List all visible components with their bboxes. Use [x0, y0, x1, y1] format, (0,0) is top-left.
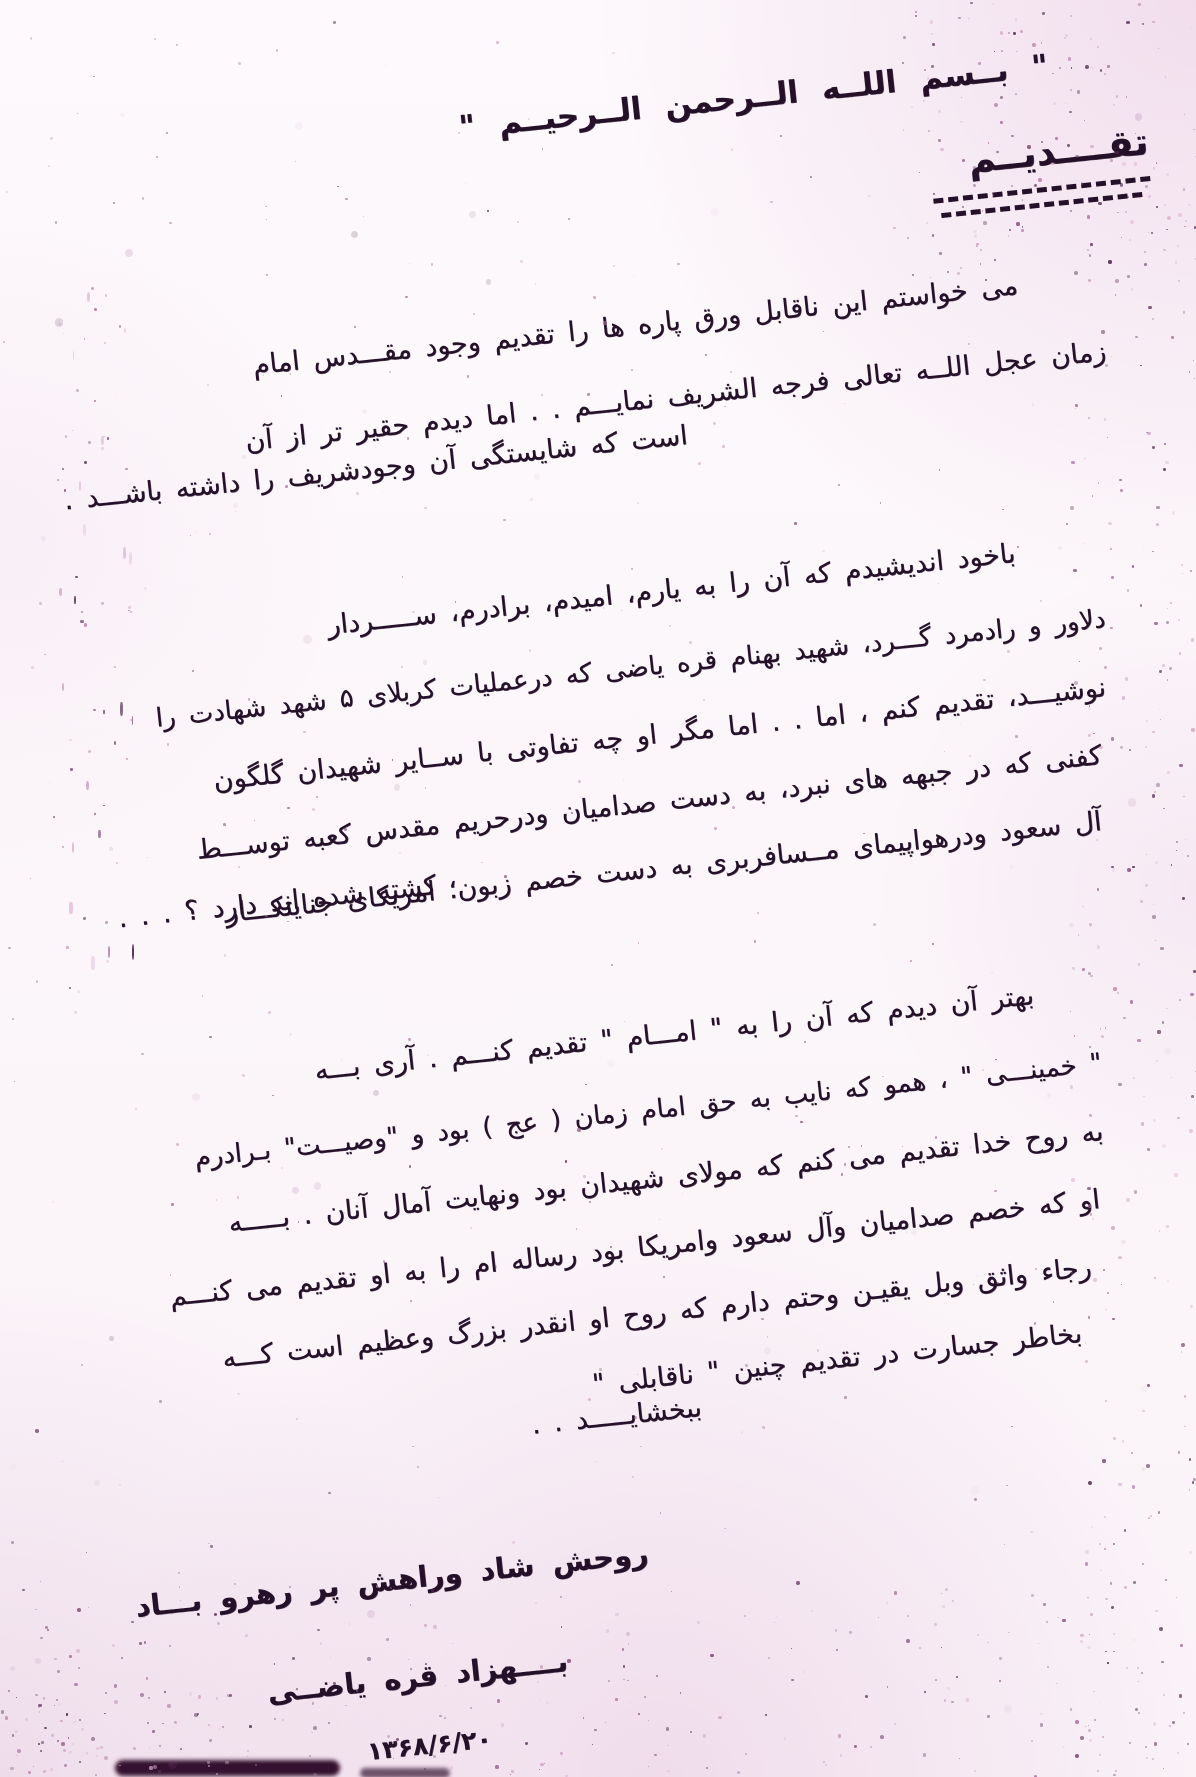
- noise-speckle: [1097, 46, 1099, 48]
- noise-speckle: [103, 710, 105, 714]
- noise-speckle: [1155, 1610, 1158, 1613]
- noise-speckle: [854, 1745, 857, 1748]
- noise-speckle: [303, 731, 305, 733]
- noise-speckle: [654, 1754, 656, 1756]
- noise-speckle: [104, 342, 106, 344]
- noise-speckle: [1021, 229, 1024, 232]
- noise-speckle: [247, 1756, 248, 1757]
- noise-speckle: [328, 1722, 330, 1724]
- noise-speckle: [710, 1654, 714, 1658]
- noise-speckle: [1193, 1478, 1196, 1481]
- noise-speckle: [713, 422, 716, 425]
- noise-speckle: [1156, 523, 1159, 526]
- noise-speckle: [1071, 1178, 1075, 1182]
- noise-speckle: [1010, 865, 1013, 868]
- noise-speckle: [1126, 21, 1130, 25]
- handwritten-line: بخاطر جسارت در تقدیم چنین " ناقابلی ": [590, 1318, 1083, 1400]
- noise-speckle: [209, 1036, 211, 1038]
- noise-speckle: [35, 1694, 37, 1696]
- noise-speckle: [1031, 1740, 1033, 1742]
- noise-speckle: [1112, 868, 1116, 872]
- noise-speckle: [130, 719, 132, 721]
- noise-speckle: [784, 1737, 786, 1739]
- noise-speckle: [74, 1011, 77, 1014]
- noise-speckle: [495, 1765, 499, 1769]
- noise-speckle: [408, 1038, 411, 1041]
- noise-speckle: [544, 1763, 545, 1764]
- noise-speckle: [1163, 808, 1164, 809]
- noise-speckle: [631, 369, 633, 371]
- noise-speckle: [803, 1671, 805, 1673]
- noise-speckle: [1183, 188, 1185, 190]
- noise-speckle: [1042, 12, 1045, 15]
- noise-speckle: [192, 670, 194, 672]
- noise-speckle: [894, 1591, 898, 1595]
- noise-speckle: [399, 852, 401, 854]
- noise-speckle: [74, 596, 76, 604]
- noise-speckle: [780, 135, 782, 137]
- noise-speckle: [1135, 1708, 1138, 1711]
- noise-speckle: [1077, 90, 1080, 93]
- noise-speckle: [33, 1766, 34, 1767]
- noise-speckle: [425, 787, 426, 788]
- noise-speckle: [1148, 232, 1149, 233]
- noise-speckle: [30, 37, 32, 39]
- noise-speckle: [1007, 650, 1010, 653]
- noise-speckle: [1141, 1672, 1143, 1674]
- noise-speckle: [1053, 102, 1056, 105]
- noise-speckle: [328, 1492, 331, 1495]
- noise-speckle: [911, 106, 913, 108]
- noise-speckle: [1164, 443, 1166, 445]
- noise-speckle: [1166, 1008, 1168, 1010]
- noise-speckle: [1070, 506, 1074, 510]
- noise-speckle: [931, 33, 933, 35]
- noise-speckle: [1013, 32, 1016, 35]
- noise-speckle: [1164, 1048, 1172, 1056]
- noise-speckle: [409, 1165, 411, 1167]
- noise-speckle: [1100, 1028, 1102, 1030]
- noise-speckle: [594, 1729, 596, 1731]
- noise-speckle: [644, 1696, 646, 1698]
- noise-speckle: [762, 1426, 765, 1429]
- noise-speckle: [60, 1720, 63, 1723]
- noise-speckle: [938, 583, 939, 584]
- noise-speckle: [10, 1463, 17, 1470]
- noise-speckle: [41, 1741, 44, 1744]
- noise-speckle: [1143, 549, 1144, 550]
- noise-speckle: [987, 1642, 988, 1643]
- noise-speckle: [1038, 1643, 1039, 1644]
- noise-speckle: [1142, 1410, 1144, 1412]
- noise-speckle: [1182, 573, 1183, 574]
- noise-speckle: [105, 921, 108, 924]
- noise-speckle: [154, 38, 156, 40]
- noise-speckle: [977, 1634, 979, 1636]
- noise-speckle: [12, 1734, 14, 1736]
- noise-speckle: [6, 191, 8, 193]
- noise-speckle: [467, 375, 469, 377]
- noise-speckle: [667, 1770, 670, 1773]
- noise-speckle: [623, 779, 624, 780]
- noise-speckle: [51, 1734, 54, 1737]
- noise-speckle: [1179, 1694, 1182, 1697]
- noise-speckle: [1137, 1039, 1140, 1042]
- noise-speckle: [313, 1726, 317, 1730]
- noise-speckle: [382, 492, 383, 493]
- noise-speckle: [1153, 904, 1154, 905]
- noise-speckle: [932, 943, 934, 945]
- noise-speckle: [450, 1766, 454, 1770]
- noise-speckle: [296, 1418, 298, 1420]
- noise-speckle: [976, 245, 978, 247]
- noise-speckle: [1174, 1173, 1177, 1176]
- noise-speckle: [149, 1748, 150, 1749]
- noise-speckle: [1069, 111, 1071, 113]
- noise-speckle: [1072, 967, 1074, 969]
- noise-speckle: [1189, 1458, 1191, 1460]
- noise-speckle: [1184, 1426, 1186, 1428]
- noise-speckle: [1015, 93, 1017, 95]
- noise-speckle: [1158, 1511, 1160, 1513]
- noise-speckle: [1162, 664, 1165, 667]
- noise-speckle: [912, 274, 913, 275]
- noise-speckle: [607, 1059, 615, 1067]
- noise-speckle: [31, 666, 34, 669]
- noise-speckle: [282, 1719, 284, 1721]
- noise-speckle: [1120, 746, 1123, 749]
- noise-speckle: [1166, 173, 1169, 176]
- noise-speckle: [147, 1722, 149, 1724]
- noise-speckle: [292, 1187, 299, 1194]
- noise-speckle: [100, 1746, 103, 1749]
- noise-speckle: [3, 341, 5, 343]
- noise-speckle: [245, 1634, 248, 1637]
- noise-speckle: [65, 435, 68, 438]
- noise-speckle: [791, 1679, 793, 1681]
- noise-speckle: [1188, 204, 1191, 207]
- noise-speckle: [512, 1541, 515, 1544]
- noise-speckle: [928, 130, 930, 132]
- noise-speckle: [274, 1718, 276, 1720]
- noise-speckle: [159, 1745, 161, 1747]
- noise-speckle: [844, 1396, 847, 1399]
- noise-speckle: [1134, 1190, 1137, 1193]
- noise-speckle: [1070, 15, 1071, 16]
- noise-speckle: [104, 1756, 108, 1760]
- noise-speckle: [923, 1693, 924, 1694]
- noise-speckle: [230, 1756, 232, 1758]
- noise-speckle: [61, 1742, 65, 1746]
- noise-speckle: [120, 702, 122, 716]
- noise-speckle: [1187, 1743, 1189, 1745]
- noise-speckle: [1040, 1713, 1042, 1715]
- noise-speckle: [825, 1764, 827, 1766]
- noise-speckle: [1165, 1579, 1167, 1581]
- noise-speckle: [1154, 622, 1157, 625]
- noise-speckle: [1148, 1517, 1150, 1519]
- noise-speckle: [1125, 211, 1126, 212]
- noise-speckle: [1153, 1722, 1156, 1725]
- noise-speckle: [1181, 564, 1182, 565]
- closing-benediction: روحش شاد وراهش پر رهرو بـــاد: [133, 1536, 649, 1624]
- noise-speckle: [12, 1018, 14, 1020]
- noise-speckle: [1159, 1230, 1160, 1231]
- noise-speckle: [106, 960, 108, 962]
- noise-speckle: [623, 1679, 624, 1680]
- noise-speckle: [870, 1746, 872, 1748]
- noise-speckle: [1099, 1543, 1101, 1545]
- noise-speckle: [81, 1364, 83, 1366]
- noise-speckle: [1101, 330, 1104, 333]
- noise-speckle: [924, 1691, 926, 1693]
- noise-speckle: [57, 1670, 60, 1673]
- noise-speckle: [123, 547, 126, 559]
- noise-speckle: [951, 1701, 954, 1704]
- noise-speckle: [1190, 1305, 1193, 1308]
- noise-speckle: [1185, 220, 1186, 221]
- noise-speckle: [868, 195, 870, 197]
- noise-speckle: [114, 1684, 117, 1687]
- noise-speckle: [530, 498, 533, 501]
- noise-speckle: [401, 666, 403, 668]
- noise-speckle: [961, 97, 962, 98]
- noise-speckle: [95, 1774, 97, 1776]
- noise-speckle: [666, 1727, 669, 1730]
- noise-speckle: [224, 954, 227, 957]
- noise-speckle: [1152, 915, 1156, 919]
- noise-speckle: [1087, 215, 1091, 219]
- noise-speckle: [1080, 1634, 1084, 1638]
- noise-speckle: [287, 807, 289, 809]
- noise-speckle: [274, 1663, 275, 1664]
- noise-speckle: [1073, 569, 1077, 573]
- noise-speckle: [1152, 318, 1154, 320]
- noise-speckle: [316, 796, 318, 798]
- noise-speckle: [266, 219, 267, 220]
- noise-speckle: [438, 1497, 439, 1498]
- noise-speckle: [86, 781, 89, 790]
- noise-speckle: [194, 1713, 198, 1717]
- noise-speckle: [560, 1596, 562, 1598]
- noise-speckle: [49, 782, 50, 783]
- noise-speckle: [637, 502, 639, 504]
- noise-speckle: [1184, 226, 1185, 227]
- noise-speckle: [942, 1605, 945, 1608]
- noise-speckle: [1043, 1603, 1046, 1606]
- noise-speckle: [52, 1201, 54, 1203]
- noise-speckle: [317, 1629, 320, 1632]
- noise-speckle: [1090, 926, 1092, 928]
- noise-speckle: [517, 221, 519, 223]
- noise-speckle: [1071, 461, 1075, 465]
- noise-speckle: [1115, 1770, 1117, 1772]
- noise-speckle: [266, 274, 268, 276]
- noise-speckle: [5, 1716, 8, 1719]
- noise-speckle: [1009, 229, 1012, 232]
- noise-speckle: [235, 511, 236, 512]
- noise-speckle: [608, 1680, 610, 1682]
- noise-speckle: [109, 847, 112, 850]
- noise-speckle: [48, 165, 50, 167]
- dedication-heading: تقــــدیــم: [966, 120, 1150, 182]
- noise-speckle: [1111, 1606, 1114, 1609]
- noise-speckle: [593, 296, 596, 299]
- noise-speckle: [1140, 604, 1142, 606]
- noise-speckle: [754, 940, 757, 943]
- noise-speckle: [529, 649, 531, 651]
- noise-speckle: [1030, 1531, 1033, 1534]
- noise-speckle: [534, 473, 541, 480]
- noise-speckle: [1152, 446, 1155, 449]
- noise-speckle: [88, 441, 91, 444]
- noise-speckle: [1118, 1083, 1121, 1086]
- noise-speckle: [613, 265, 614, 266]
- noise-speckle: [72, 430, 73, 431]
- noise-speckle: [1157, 1030, 1160, 1033]
- noise-speckle: [268, 1011, 271, 1014]
- noise-speckle: [389, 371, 392, 374]
- noise-speckle: [1015, 18, 1017, 20]
- noise-speckle: [197, 1715, 198, 1716]
- noise-speckle: [631, 568, 633, 570]
- noise-speckle: [1170, 602, 1172, 604]
- noise-speckle: [1156, 162, 1157, 163]
- noise-speckle: [1178, 280, 1181, 283]
- noise-speckle: [690, 1731, 692, 1733]
- noise-speckle: [919, 172, 920, 173]
- noise-speckle: [1123, 1017, 1126, 1020]
- noise-speckle: [16, 1755, 18, 1757]
- noise-speckle: [88, 750, 91, 753]
- noise-speckle: [1166, 621, 1169, 624]
- noise-speckle: [934, 1623, 937, 1626]
- noise-speckle: [45, 1626, 48, 1629]
- noise-speckle: [606, 1629, 610, 1633]
- noise-speckle: [91, 956, 94, 969]
- noise-speckle: [1140, 1385, 1149, 1394]
- noise-speckle: [968, 343, 970, 345]
- noise-speckle: [1107, 65, 1110, 68]
- noise-speckle: [671, 1591, 672, 1592]
- noise-speckle: [962, 206, 964, 208]
- noise-speckle: [1088, 734, 1091, 737]
- noise-speckle: [741, 1431, 744, 1434]
- noise-speckle: [1115, 294, 1117, 296]
- noise-speckle: [682, 1193, 684, 1195]
- noise-speckle: [583, 1717, 584, 1718]
- noise-speckle: [1000, 96, 1003, 99]
- noise-speckle: [320, 1642, 323, 1645]
- noise-speckle: [525, 1742, 528, 1745]
- noise-speckle: [1146, 1464, 1150, 1468]
- noise-speckle: [1128, 798, 1136, 806]
- noise-speckle: [1105, 1400, 1106, 1401]
- noise-speckle: [222, 1726, 224, 1728]
- noise-speckle: [66, 946, 68, 948]
- noise-speckle: [354, 326, 357, 329]
- noise-speckle: [276, 49, 279, 52]
- noise-speckle: [1190, 570, 1193, 573]
- noise-speckle: [1062, 1619, 1066, 1623]
- noise-speckle: [907, 237, 909, 239]
- noise-speckle: [1079, 661, 1081, 663]
- noise-speckle: [941, 1593, 942, 1594]
- noise-speckle: [470, 1707, 472, 1709]
- noise-speckle: [1171, 864, 1173, 866]
- noise-speckle: [40, 1637, 43, 1640]
- noise-speckle: [242, 455, 246, 459]
- noise-speckle: [1022, 199, 1024, 201]
- noise-speckle: [1125, 677, 1129, 681]
- noise-speckle: [605, 1722, 606, 1723]
- noise-speckle: [10, 1767, 14, 1771]
- noise-speckle: [823, 331, 824, 332]
- noise-speckle: [116, 862, 118, 864]
- noise-speckle: [1121, 237, 1122, 238]
- noise-speckle: [976, 243, 979, 246]
- noise-speckle: [648, 1766, 649, 1767]
- noise-speckle: [970, 2, 973, 5]
- noise-speckle: [79, 1719, 80, 1720]
- noise-speckle: [1146, 854, 1148, 856]
- noise-speckle: [1099, 647, 1102, 650]
- noise-speckle: [174, 1721, 177, 1724]
- noise-speckle: [1126, 1667, 1128, 1669]
- noise-speckle: [689, 641, 692, 644]
- noise-speckle: [630, 1702, 631, 1703]
- noise-speckle: [1178, 619, 1180, 621]
- noise-speckle: [57, 1740, 59, 1742]
- noise-speckle: [40, 1581, 42, 1583]
- noise-speckle: [1155, 861, 1158, 864]
- noise-speckle: [983, 679, 986, 682]
- noise-speckle: [41, 536, 46, 541]
- noise-speckle: [141, 1053, 144, 1056]
- noise-speckle: [980, 249, 982, 251]
- noise-speckle: [1004, 1705, 1013, 1714]
- noise-speckle: [142, 197, 144, 199]
- noise-speckle: [939, 469, 940, 470]
- noise-speckle: [1112, 1318, 1115, 1321]
- noise-speckle: [410, 1300, 411, 1301]
- noise-speckle: [1183, 1712, 1185, 1714]
- noise-speckle: [1071, 67, 1072, 68]
- noise-speckle: [1137, 1667, 1139, 1669]
- noise-speckle: [198, 1695, 201, 1698]
- noise-speckle: [62, 1461, 63, 1462]
- noise-speckle: [77, 1608, 81, 1612]
- noise-speckle: [838, 1734, 841, 1737]
- noise-speckle: [1146, 720, 1148, 722]
- noise-speckle: [114, 1700, 118, 1704]
- noise-speckle: [1160, 947, 1163, 950]
- noise-speckle: [1124, 1586, 1127, 1589]
- noise-speckle: [919, 1647, 921, 1649]
- noise-speckle: [791, 1648, 792, 1649]
- noise-speckle: [1191, 1095, 1194, 1098]
- noise-speckle: [1190, 993, 1193, 996]
- noise-speckle: [1070, 89, 1072, 91]
- noise-speckle: [356, 492, 359, 495]
- noise-speckle: [8, 1690, 9, 1691]
- noise-speckle: [622, 1648, 625, 1651]
- noise-speckle: [992, 3, 994, 5]
- noise-speckle: [210, 1545, 212, 1547]
- noise-speckle: [146, 1677, 149, 1680]
- noise-speckle: [1145, 884, 1148, 887]
- noise-speckle: [50, 137, 53, 140]
